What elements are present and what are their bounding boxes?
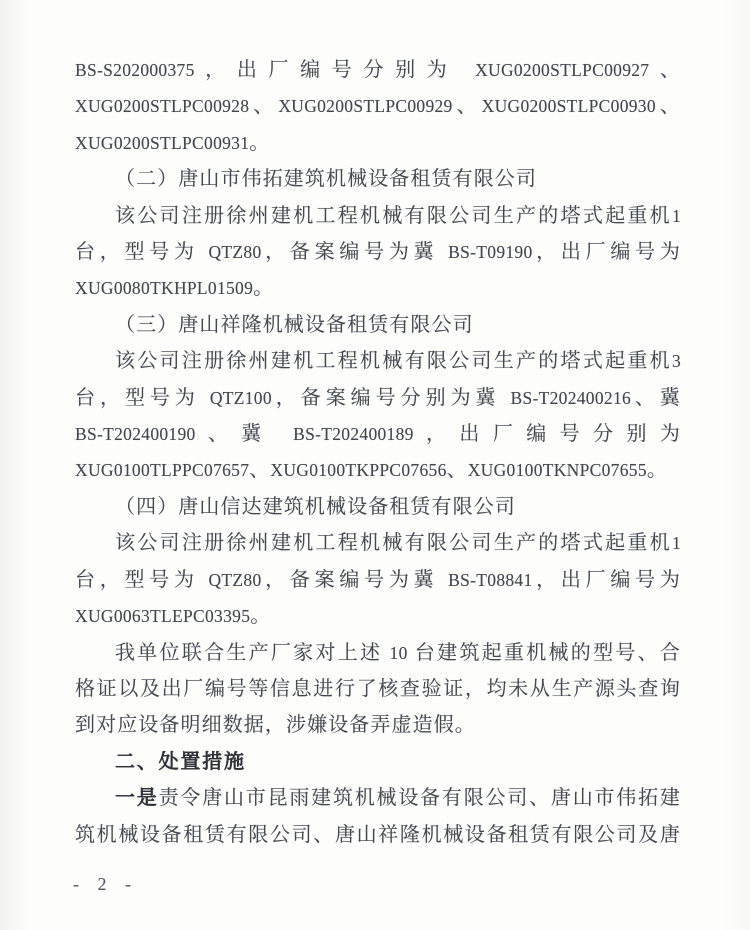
latin-serial-text: XUG0200STLPC00927 <box>475 60 649 80</box>
latin-serial-text: XUG0200STLPC00929 <box>278 96 452 116</box>
latin-serial-text: XUG0200STLPC00930 <box>482 96 656 116</box>
document-line: （四）唐山信达建筑机械设备租赁有限公司 <box>75 489 681 525</box>
document-line: XUG0200STLPC00928、XUG0200STLPC00929、XUG0… <box>75 88 681 124</box>
latin-serial-text: XUG0063TLEPC03395 <box>75 606 250 626</box>
document-line: 台，型号为 QTZ80，备案编号为冀 BS-T09190，出厂编号为 <box>75 234 681 270</box>
latin-serial-text: BS-T202400216 <box>510 388 631 408</box>
latin-serial-text: BS-T202400189 <box>293 424 414 444</box>
latin-serial-text: QTZ80 <box>208 570 261 590</box>
document-line: XUG0063TLEPC03395。 <box>75 598 681 634</box>
latin-serial-text: XUG0100TKNPC07655 <box>468 460 647 480</box>
latin-serial-text: 1 <box>672 206 681 226</box>
document-line: XUG0100TLPPC07657、XUG0100TKPPC07656、XUG0… <box>75 452 681 488</box>
document-line: XUG0200STLPC00931。 <box>75 125 681 161</box>
latin-serial-text: BS-T202400190 <box>75 424 196 444</box>
latin-serial-text: 3 <box>672 351 681 371</box>
document-line: XUG0080TKHPL01509。 <box>75 270 681 306</box>
document-line: BS-S202000375，出厂编号分别为 XUG0200STLPC00927、 <box>75 52 681 88</box>
scanned-document-page: BS-S202000375，出厂编号分别为 XUG0200STLPC00927、… <box>0 0 750 930</box>
document-line: 该公司注册徐州建机工程机械有限公司生产的塔式起重机3 <box>75 343 681 379</box>
page-number: - 2 - <box>73 874 138 895</box>
latin-serial-text: QTZ80 <box>208 242 261 262</box>
latin-serial-text: XUG0080TKHPL01509 <box>75 278 253 298</box>
latin-serial-text: 10 <box>390 643 408 663</box>
latin-serial-text: XUG0200STLPC00928 <box>75 96 249 116</box>
document-line: （三）唐山祥隆机械设备租赁有限公司 <box>75 307 681 343</box>
bold-lead-in: 一是 <box>115 787 159 809</box>
document-line: 一是责令唐山市昆雨建筑机械设备有限公司、唐山市伟拓建 <box>75 780 681 816</box>
document-line: 该公司注册徐州建机工程机械有限公司生产的塔式起重机1 <box>75 198 681 234</box>
document-line: 台，型号为 QTZ100，备案编号分别为冀 BS-T202400216、冀 <box>75 380 681 416</box>
latin-serial-text: XUG0100TKPPC07656 <box>270 460 446 480</box>
latin-serial-text: XUG0200STLPC00931 <box>75 133 249 153</box>
latin-serial-text: 1 <box>672 533 681 553</box>
section-heading-line: 二、处置措施 <box>75 744 681 780</box>
document-line: 格证以及出厂编号等信息进行了核查验证，均未从生产源头查询 <box>75 671 681 707</box>
latin-serial-text: BS-T09190 <box>448 242 532 262</box>
document-line: （二）唐山市伟拓建筑机械设备租赁有限公司 <box>75 161 681 197</box>
document-line: 台，型号为 QTZ80，备案编号为冀 BS-T08841，出厂编号为 <box>75 562 681 598</box>
document-line: 筑机械设备租赁有限公司、唐山祥隆机械设备租赁有限公司及唐 <box>75 817 681 853</box>
latin-serial-text: XUG0100TLPPC07657 <box>75 460 249 480</box>
document-line: 该公司注册徐州建机工程机械有限公司生产的塔式起重机1 <box>75 525 681 561</box>
document-line: 到对应设备明细数据，涉嫌设备弄虚造假。 <box>75 707 681 743</box>
document-line: BS-T202400190、冀 BS-T202400189，出厂编号分别为 <box>75 416 681 452</box>
latin-serial-text: BS-T08841 <box>448 570 532 590</box>
document-line: 我单位联合生产厂家对上述 10 台建筑起重机械的型号、合 <box>75 635 681 671</box>
latin-serial-text: BS-S202000375 <box>75 60 195 80</box>
latin-serial-text: QTZ100 <box>210 388 272 408</box>
document-body: BS-S202000375，出厂编号分别为 XUG0200STLPC00927、… <box>75 52 681 853</box>
